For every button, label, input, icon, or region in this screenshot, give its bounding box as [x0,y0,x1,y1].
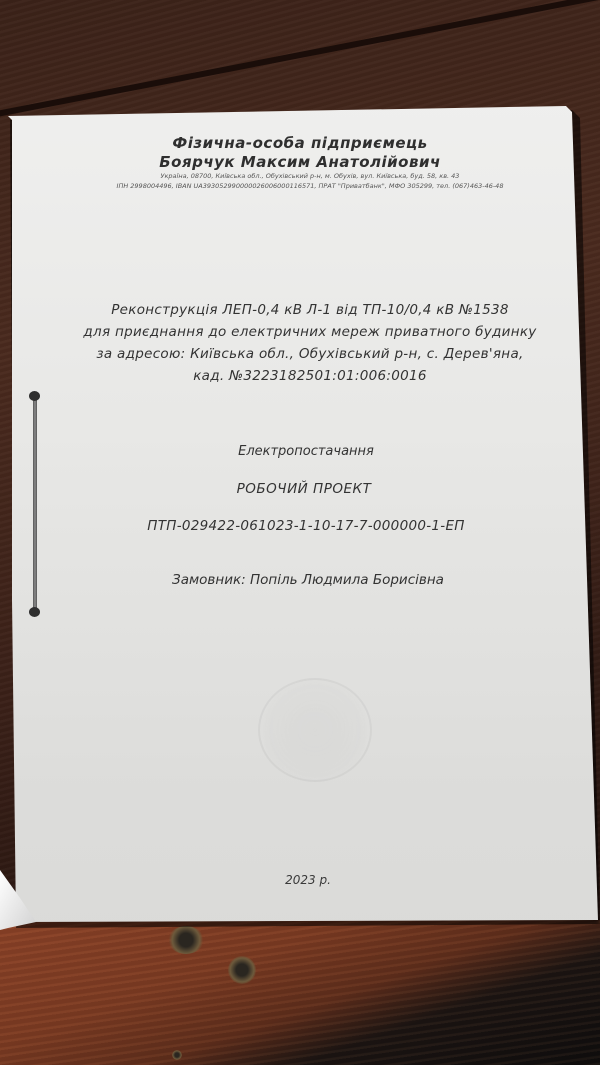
document-page: Фізична-особа підприємець Боярчук Максим… [0,0,600,1065]
wood-knot [172,1050,182,1060]
project-title-line1: Реконструкція ЛЕП-0,4 кВ Л-1 від ТП-10/0… [10,302,600,318]
wood-knot [228,956,256,984]
header-title-line2: Боярчук Максим Анатолійович [0,153,600,171]
header-title-line1: Фізична-особа підприємець [0,134,600,152]
header-details: ІПН 2998004496, IBAN UA39305299000002600… [10,182,600,190]
section-name: Електропостачання [6,444,600,459]
customer: Замовник: Попіль Людмила Борисівна [8,572,600,588]
header-address: Україна, 08700, Київська обл., Обухівськ… [10,172,600,180]
project-type: РОБОЧИЙ ПРОЕКТ [4,481,600,497]
project-title-line4: кад. №3223182501:01:006:0016 [10,368,600,384]
project-title-line3: за адресою: Київська обл., Обухівський р… [10,346,600,362]
project-title-line2: для приєднання до електричних мереж прив… [10,324,600,340]
wood-knot [168,926,204,954]
wooden-table-foreground [0,920,600,1065]
binding-thread [33,396,37,612]
project-code: ПТП-029422-061023-1-10-17-7-000000-1-ЕП [6,518,600,534]
document-year: 2023 р. [8,873,600,887]
faded-stamp [258,678,372,782]
binding-hole-top [29,391,40,401]
binding-hole-bottom [29,607,40,617]
